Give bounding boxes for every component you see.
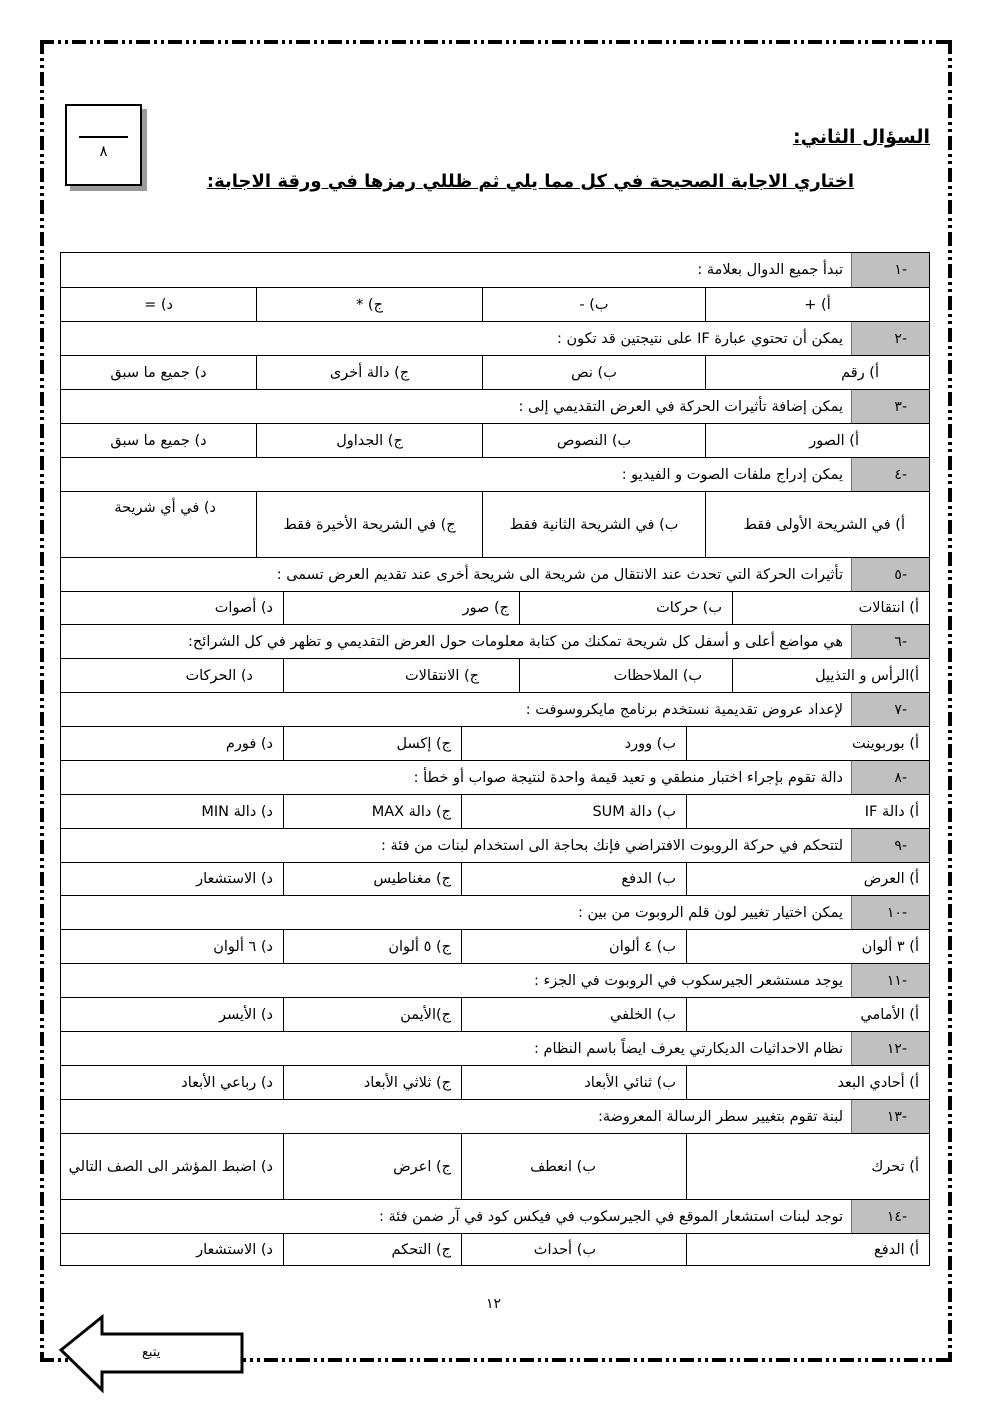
option-c[interactable]: ج) ٥ ألوان	[283, 930, 461, 963]
option-c[interactable]: ج) الجداول	[256, 424, 482, 457]
question-row-5: -٥ تأثيرات الحركة التي تحدث عند الانتقال…	[60, 558, 930, 592]
option-b[interactable]: ب) حركات	[519, 592, 732, 624]
question-text: يوجد مستشعر الجيرسكوب في الروبوت في الجز…	[61, 964, 851, 997]
question-number: -٢	[851, 322, 929, 355]
question-row-4: -٤ يمكن إدراج ملفات الصوت و الفيديو :	[60, 458, 930, 492]
question-text: توجد لبنات استشعار الموقع في الجيرسكوب ف…	[61, 1200, 851, 1233]
option-c[interactable]: ج) الانتقالات	[283, 659, 519, 692]
options-row-12: أ) أحادي البعد ب) ثنائي الأبعاد ج) ثلاثي…	[60, 1066, 930, 1100]
question-row-8: -٨ دالة تقوم بإجراء اختبار منطقي و تعيد …	[60, 761, 930, 795]
continue-label: يتبع	[142, 1345, 160, 1360]
option-a[interactable]: أ) الأمامي	[686, 998, 929, 1031]
option-b[interactable]: ب) انعطف	[461, 1134, 686, 1199]
question-row-2: -٢ يمكن أن تحتوي عبارة IF على نتيجتين قد…	[60, 322, 930, 356]
option-a[interactable]: أ) في الشريحة الأولى فقط	[705, 492, 929, 557]
option-d[interactable]: د) الاستشعار	[61, 863, 283, 895]
option-d[interactable]: د) رباعي الأبعاد	[61, 1066, 283, 1099]
question-row-14: -١٤ توجد لبنات استشعار الموقع في الجيرسك…	[60, 1200, 930, 1234]
question-text: نظام الاحداثيات الديكارتي يعرف ايضاً باس…	[61, 1032, 851, 1065]
option-a[interactable]: أ)الرأس و التذييل	[732, 659, 929, 692]
question-number: -١٣	[851, 1100, 929, 1133]
option-b[interactable]: ب) الملاحظات	[519, 659, 732, 692]
question-text: هي مواضع أعلى و أسفل كل شريحة تمكنك من ك…	[61, 625, 851, 658]
option-a[interactable]: أ) +	[705, 288, 929, 321]
option-c[interactable]: ج) التحكم	[283, 1234, 461, 1265]
question-row-10: -١٠ يمكن اختيار تغيير لون قلم الروبوت من…	[60, 896, 930, 930]
section-instruction: اختاري الاجابة الصحيحة في كل مما يلي ثم …	[207, 171, 854, 192]
question-row-11: -١١ يوجد مستشعر الجيرسكوب في الروبوت في …	[60, 964, 930, 998]
question-number: -١	[851, 253, 929, 287]
option-c[interactable]: ج) اعرض	[283, 1134, 461, 1199]
question-text: لبنة تقوم بتغيير سطر الرسالة المعروضة:	[61, 1100, 851, 1133]
option-c[interactable]: ج) *	[256, 288, 482, 321]
option-d[interactable]: د) فورم	[61, 727, 283, 760]
question-text: لإعداد عروض تقديمية نستخدم برنامج مايكرو…	[61, 693, 851, 726]
question-row-1: -١ تبدأ جميع الدوال بعلامة :	[60, 253, 930, 288]
question-number: -٩	[851, 829, 929, 862]
option-b[interactable]: ب) دالة SUM	[461, 795, 686, 828]
options-row-13: أ) تحرك ب) انعطف ج) اعرض د) اضبط المؤشر …	[60, 1134, 930, 1200]
option-d[interactable]: د) في أي شريحة	[61, 492, 256, 557]
options-row-8: أ) دالة IF ب) دالة SUM ج) دالة MAX د) دا…	[60, 795, 930, 829]
option-d[interactable]: د) جميع ما سبق	[61, 356, 256, 389]
question-text: لتتحكم في حركة الروبوت الافتراضي فإنك بح…	[61, 829, 851, 862]
page-number: ١٢	[486, 1296, 501, 1312]
option-a[interactable]: أ) ٣ ألوان	[686, 930, 929, 963]
option-a[interactable]: أ) أحادي البعد	[686, 1066, 929, 1099]
question-number: -١٠	[851, 896, 929, 929]
option-b[interactable]: ب) الخلفي	[461, 998, 686, 1031]
question-row-12: -١٢ نظام الاحداثيات الديكارتي يعرف ايضاً…	[60, 1032, 930, 1066]
score-box: ٨	[65, 104, 142, 186]
score-total: ٨	[67, 142, 140, 160]
option-d[interactable]: د) جميع ما سبق	[61, 424, 256, 457]
page-border-left	[40, 40, 44, 1362]
option-b[interactable]: ب) الدفع	[461, 863, 686, 895]
option-c[interactable]: ج) مغناطيس	[283, 863, 461, 895]
page-border-right	[948, 40, 952, 1362]
page-border-top	[40, 40, 952, 44]
option-c[interactable]: ج)الأيمن	[283, 998, 461, 1031]
question-number: -٣	[851, 390, 929, 423]
option-b[interactable]: ب) نص	[482, 356, 705, 389]
option-c[interactable]: ج) دالة MAX	[283, 795, 461, 828]
option-d[interactable]: د) الأيسر	[61, 998, 283, 1031]
question-number: -٥	[851, 558, 929, 591]
question-number: -٦	[851, 625, 929, 658]
question-row-9: -٩ لتتحكم في حركة الروبوت الافتراضي فإنك…	[60, 829, 930, 863]
question-number: -٧	[851, 693, 929, 726]
questions-table: -١ تبدأ جميع الدوال بعلامة : أ) + ب) - ج…	[60, 252, 930, 1266]
option-a[interactable]: أ) الدفع	[686, 1234, 929, 1265]
options-row-10: أ) ٣ ألوان ب) ٤ ألوان ج) ٥ ألوان د) ٦ أل…	[60, 930, 930, 964]
option-c[interactable]: ج) ثلاثي الأبعاد	[283, 1066, 461, 1099]
option-b[interactable]: ب) أحداث	[461, 1234, 686, 1265]
options-row-4: أ) في الشريحة الأولى فقط ب) في الشريحة ا…	[60, 492, 930, 558]
question-text: يمكن أن تحتوي عبارة IF على نتيجتين قد تك…	[61, 322, 851, 355]
option-b[interactable]: ب) وورد	[461, 727, 686, 760]
question-row-13: -١٣ لبنة تقوم بتغيير سطر الرسالة المعروض…	[60, 1100, 930, 1134]
section-title: السؤال الثاني:	[793, 126, 930, 148]
option-d[interactable]: د) أصوات	[61, 592, 283, 624]
question-text: تأثيرات الحركة التي تحدث عند الانتقال من…	[61, 558, 851, 591]
question-text: دالة تقوم بإجراء اختبار منطقي و تعيد قيم…	[61, 761, 851, 794]
question-text: يمكن إدراج ملفات الصوت و الفيديو :	[61, 458, 851, 491]
question-row-7: -٧ لإعداد عروض تقديمية نستخدم برنامج ماي…	[60, 693, 930, 727]
score-blank-line	[79, 136, 128, 138]
option-a[interactable]: أ) العرض	[686, 863, 929, 895]
options-row-3: أ) الصور ب) النصوص ج) الجداول د) جميع ما…	[60, 424, 930, 458]
options-row-5: أ) انتقالات ب) حركات ج) صور د) أصوات	[60, 592, 930, 625]
options-row-11: أ) الأمامي ب) الخلفي ج)الأيمن د) الأيسر	[60, 998, 930, 1032]
option-a[interactable]: أ) الصور	[705, 424, 929, 457]
option-a[interactable]: أ) بوربوينت	[686, 727, 929, 760]
options-row-1: أ) + ب) - ج) * د) =	[60, 288, 930, 322]
option-a[interactable]: أ) رقم	[705, 356, 929, 389]
options-row-9: أ) العرض ب) الدفع ج) مغناطيس د) الاستشعا…	[60, 863, 930, 896]
option-b[interactable]: ب) -	[482, 288, 705, 321]
option-b[interactable]: ب) النصوص	[482, 424, 705, 457]
option-a[interactable]: أ) تحرك	[686, 1134, 929, 1199]
option-d[interactable]: د) =	[61, 288, 256, 321]
options-row-6: أ)الرأس و التذييل ب) الملاحظات ج) الانتق…	[60, 659, 930, 693]
option-c[interactable]: ج) في الشريحة الأخيرة فقط	[256, 492, 482, 557]
question-number: -٨	[851, 761, 929, 794]
option-d[interactable]: د) الاستشعار	[61, 1234, 283, 1265]
option-b[interactable]: ب) ثنائي الأبعاد	[461, 1066, 686, 1099]
option-c[interactable]: ج) صور	[283, 592, 519, 624]
options-row-2: أ) رقم ب) نص ج) دالة أخرى د) جميع ما سبق	[60, 356, 930, 390]
question-row-3: -٣ يمكن إضافة تأثيرات الحركة في العرض ال…	[60, 390, 930, 424]
option-d[interactable]: د) الحركات	[61, 659, 283, 692]
option-c[interactable]: ج) إكسل	[283, 727, 461, 760]
option-a[interactable]: أ) انتقالات	[732, 592, 929, 624]
option-b[interactable]: ب) ٤ ألوان	[461, 930, 686, 963]
option-b[interactable]: ب) في الشريحة الثانية فقط	[482, 492, 705, 557]
question-number: -١٢	[851, 1032, 929, 1065]
question-text: تبدأ جميع الدوال بعلامة :	[61, 253, 851, 287]
option-d[interactable]: د) ٦ ألوان	[61, 930, 283, 963]
option-d[interactable]: د) اضبط المؤشر الى الصف التالي	[61, 1134, 283, 1199]
option-a[interactable]: أ) دالة IF	[686, 795, 929, 828]
question-number: -١١	[851, 964, 929, 997]
question-text: يمكن إضافة تأثيرات الحركة في العرض التقد…	[61, 390, 851, 423]
options-row-7: أ) بوربوينت ب) وورد ج) إكسل د) فورم	[60, 727, 930, 761]
question-row-6: -٦ هي مواضع أعلى و أسفل كل شريحة تمكنك م…	[60, 625, 930, 659]
question-number: -١٤	[851, 1200, 929, 1233]
question-text: يمكن اختيار تغيير لون قلم الروبوت من بين…	[61, 896, 851, 929]
option-d[interactable]: د) دالة MIN	[61, 795, 283, 828]
option-c[interactable]: ج) دالة أخرى	[256, 356, 482, 389]
question-number: -٤	[851, 458, 929, 491]
options-row-14: أ) الدفع ب) أحداث ج) التحكم د) الاستشعار	[60, 1234, 930, 1266]
